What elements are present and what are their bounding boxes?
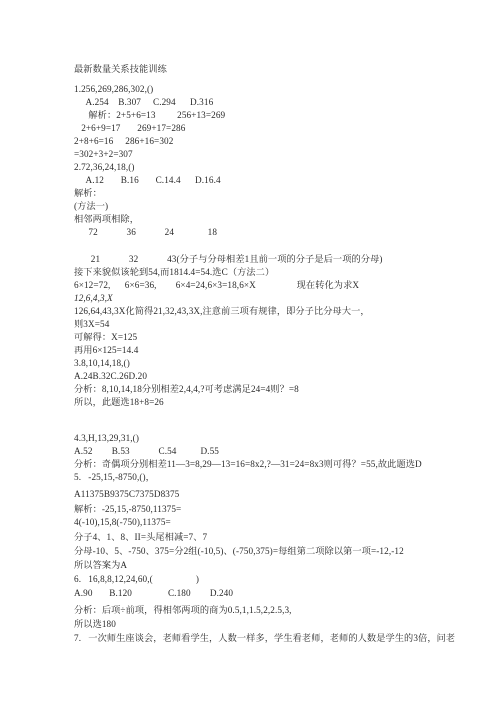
text-line: 所以选180 — [74, 618, 116, 630]
text-line: A11375B9375C7375D8375 — [74, 488, 179, 500]
text-line: A.12 B.16 C.14.4 D.16.4 — [74, 174, 221, 186]
text-line: 分子4、1、8、II=头尾相减=7、7 — [74, 531, 207, 543]
document-page: 最新数量关系技能训练 1.256,269,286,302,() A.254 B.… — [0, 0, 500, 707]
text-line: 4.3,H,13,29,31,() — [74, 432, 139, 444]
text-line: 所以，此题选18+8=26 — [74, 396, 164, 408]
text-line: 分析：后项÷前项，得相邻两项的商为0.5,1,1.5,2,2.5,3, — [74, 604, 292, 616]
text-line: 分析：8,10,14,18分别相差2,4,4,?可考虑满足24=4则？=8 — [74, 383, 299, 395]
text-line: 可解得：X=125 — [74, 331, 137, 343]
text-line: 分母-10、5、-750、375=分2组(-10,5)、(-750,375)=每… — [74, 545, 404, 557]
text-line: =302+3+2=307 — [74, 148, 133, 160]
text-line: (方法一) — [74, 200, 108, 212]
document-title: 最新数量关系技能训练 — [74, 63, 167, 75]
text-line: 2.72,36,24,18,() — [74, 161, 135, 173]
text-line: 5. -25,15,-8750,()， — [74, 471, 155, 483]
text-line: 21 32 43(分子与分母相差1且前一项的分子是后一项的分母) — [74, 253, 383, 265]
text-line: 2+6+9=17 269+17=286 — [74, 122, 185, 134]
text-line: 解析： — [74, 187, 102, 199]
text-line: 相邻两项相除， — [74, 213, 139, 225]
text-line: 4(-10),15,8(-750),11375= — [74, 516, 171, 528]
text-line: 再用6×125=14.4 — [74, 344, 138, 356]
text-line: 接下来貌似该轮到54,而1814.4=54.选C（方法二） — [74, 266, 274, 278]
text-line: 1.256,269,286,302,() — [74, 83, 153, 95]
text-line: A.254 B.307 C.294 D.316 — [74, 96, 213, 108]
text-line: 则3X=54 — [74, 318, 109, 330]
text-line: 所以答案为A — [74, 559, 127, 571]
text-line: 分析：奇偶项分别相差11—3=8,29—13=16=8x2,?—31=24=8x… — [74, 458, 422, 470]
text-line: 解析：2+5+6=13 256+13=269 — [74, 109, 225, 121]
text-line: 72 36 24 18 — [74, 226, 217, 238]
text-line: 7. 一次师生座谈会，老师看学生，人数一样多，学生看老师，老师的人数是学生的3倍… — [74, 632, 455, 644]
text-line: 6. 16,8,8,12,24,60,( ) — [74, 573, 199, 585]
text-line: 12,6,4,3,X — [74, 292, 113, 304]
text-line: 126,64,43,3X化简得21,32,43,3X,注意前三项有规律，即分子比… — [74, 305, 370, 317]
text-line: 2+8+6=16 286+16=302 — [74, 135, 173, 147]
text-line: 3.8,10,14,18,() — [74, 357, 130, 369]
text-line: A.24B.32C.26D.20 — [74, 370, 147, 382]
text-line: 解析：-25,15,-8750,11375= — [74, 503, 181, 515]
text-line: A.90 B.120 C.180 D.240 — [74, 587, 233, 599]
text-line: 6×12=72, 6×6=36, 6×4=24,6×3=18,6×X 现在转化为… — [74, 279, 359, 291]
text-line: A.52 B.53 C.54 D.55 — [74, 445, 219, 457]
